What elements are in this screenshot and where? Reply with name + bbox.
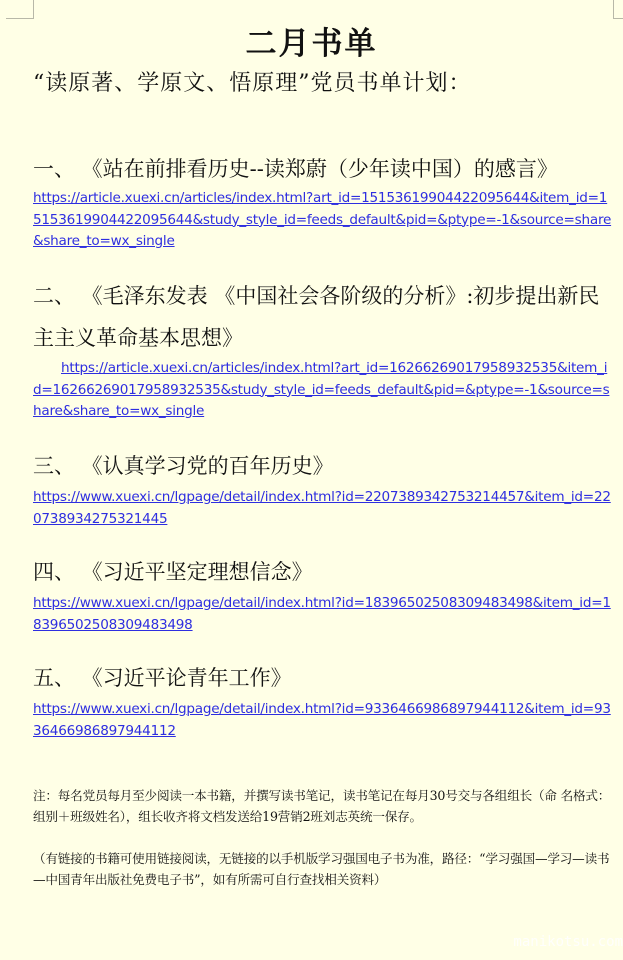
section-link-1[interactable]: https://article.xuexi.cn/articles/index.… bbox=[33, 188, 613, 253]
section-heading-5: 五、 《习近平论青年工作》 bbox=[33, 657, 608, 699]
section-heading-3: 三、 《认真学习党的百年历史》 bbox=[33, 445, 608, 487]
section-link-2[interactable]: https://article.xuexi.cn/articles/index.… bbox=[33, 358, 613, 423]
section-heading-2: 二、 《毛泽东发表 《中国社会各阶级的分析》:初步提出新民主主义革命基本思想》 bbox=[33, 275, 608, 359]
section-link-4[interactable]: https://www.xuexi.cn/lgpage/detail/index… bbox=[33, 593, 613, 636]
watermark: manikotsu.com bbox=[513, 934, 623, 950]
page-title: 二月书单 bbox=[0, 18, 623, 63]
page-subtitle: “读原著、学原文、悟原理”党员书单计划： bbox=[33, 66, 472, 97]
section-link-5[interactable]: https://www.xuexi.cn/lgpage/detail/index… bbox=[33, 699, 613, 742]
note-reading-path: （有链接的书籍可使用链接阅读，无链接的以手机版学习强国电子书为准，路径：“学习强… bbox=[33, 848, 613, 890]
page-corner-mark-top-right bbox=[613, 0, 623, 19]
page-corner-mark-top-left bbox=[6, 0, 34, 19]
section-heading-4: 四、 《习近平坚定理想信念》 bbox=[33, 551, 608, 593]
section-link-3[interactable]: https://www.xuexi.cn/lgpage/detail/index… bbox=[33, 487, 613, 530]
note-submission-instructions: 注：每名党员每月至少阅读一本书籍，并撰写读书笔记，读书笔记在每月30号交与各组组… bbox=[33, 785, 613, 827]
section-heading-1: 一、 《站在前排看历史--读郑蔚（少年读中国）的感言》 bbox=[33, 148, 608, 190]
